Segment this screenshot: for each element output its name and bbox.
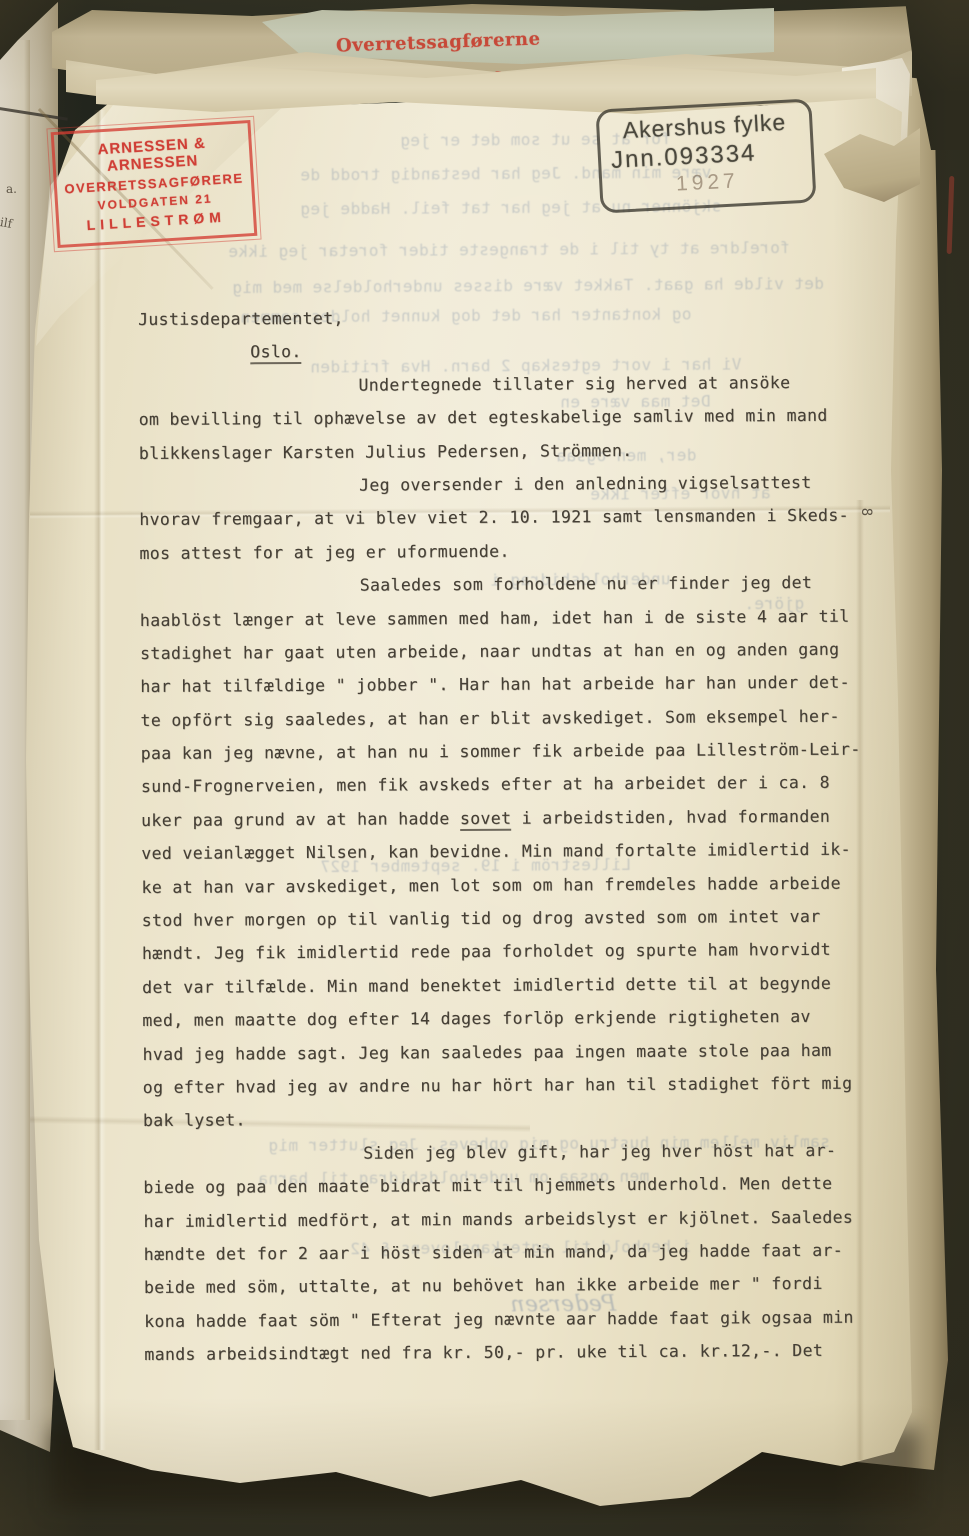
typed-line: ved veianlægget Nilsen, kan bevidne. Min… <box>141 840 887 878</box>
typed-segment: i arbeidstiden, hvad formanden <box>511 807 830 828</box>
typed-line: Jeg oversender i den anledning vigselsat… <box>139 472 885 510</box>
typed-line: det var tilfælde. Min mand benektet imid… <box>142 973 888 1011</box>
underlying-page-edge <box>0 40 30 1420</box>
typed-line: hændte det for 2 aar i höst siden at min… <box>144 1240 890 1278</box>
underlined-word-sovet: sovet <box>460 809 512 831</box>
typed-line: beide med söm, uttalte, at nu behövet ha… <box>144 1274 890 1312</box>
typed-line: blikkenslager Karsten Julius Pedersen, S… <box>139 439 885 477</box>
margin-text-fragment: a. <box>6 182 17 196</box>
typed-line: mos attest for at jeg er uformuende. <box>139 539 885 577</box>
margin-text-fragment: 8 <box>858 508 874 516</box>
typed-line: om bevilling til ophævelse av det egtesk… <box>139 406 885 444</box>
typed-line: Siden jeg blev gift, har jeg hver höst h… <box>143 1140 889 1178</box>
vertical-crease <box>94 110 106 1450</box>
typed-line-sovet: uker paa grund av at han hadde sovet i a… <box>141 806 887 844</box>
typed-line: paa kan jeg nævne, at han nu i sommer fi… <box>141 740 887 778</box>
typed-line: og efter hvad jeg av andre nu har hört h… <box>143 1073 889 1111</box>
typed-segment: uker paa grund av at han hadde <box>141 809 460 830</box>
bleed-through-text: foreldre at ty til i de trangeste tider … <box>228 238 790 261</box>
typed-line: kona hadde faat söm " Efterat jeg nævnte… <box>144 1307 890 1345</box>
typed-line: Saaledes som forholdene nu er finder jeg… <box>140 573 886 611</box>
typed-line: stadighet har gaat uten arbeide, naar un… <box>140 639 886 677</box>
typed-line: ke at han var avskediget, men lot som om… <box>141 873 887 911</box>
typed-line: hvad jeg hadde sagt. Jeg kan saaledes pa… <box>142 1040 888 1078</box>
typed-line: sund-Frognerveien, men fik avskeds efter… <box>141 773 887 811</box>
scanned-document-page: a. ilf Overretssagførerne Arnes 3 for at… <box>0 0 969 1536</box>
county-receipt-stamp: Akershus fylke Jnn.093334 1927 <box>595 98 816 213</box>
typed-line: har hat tilfældige " jobber ". Har han h… <box>140 673 886 711</box>
typed-line: med, men maatte dog efter 14 dages forlö… <box>142 1007 888 1045</box>
typed-line: stod hver morgen op til vanlig tid og dr… <box>142 906 888 944</box>
typed-line: bak lyset. <box>143 1107 889 1145</box>
red-ink-smudge <box>947 176 955 254</box>
law-firm-stamp: ARNESSEN & ARNESSEN OVERRETSSAGFØRERE VO… <box>51 120 258 248</box>
typed-line: hvorav fremgaar, at vi blev viet 2. 10. … <box>139 506 885 544</box>
letter-recipient: Justisdepartementet, <box>138 305 884 343</box>
typed-line: mands arbeidsindtægt ned fra kr. 50,- pr… <box>144 1341 890 1379</box>
typed-line: biede og paa den maate bidrat mit til hj… <box>143 1174 889 1212</box>
typed-line: har imidlertid medfört, at min mands arb… <box>144 1207 890 1245</box>
typed-line: hændt. Jeg fik imidlertid rede paa forho… <box>142 940 888 978</box>
typed-letter: Justisdepartementet, Oslo. Undertegnede … <box>138 305 891 1378</box>
typed-line: haablöst længer at leve sammen med ham, … <box>140 606 886 644</box>
letter-city-text: Oslo. <box>250 342 302 364</box>
law-firm-stamp-name: ARNESSEN & ARNESSEN <box>58 132 246 177</box>
typed-line: Undertegnede tillater sig herved at ansö… <box>138 372 884 410</box>
typed-line: te opfört sig saaledes, at han er blit a… <box>140 706 886 744</box>
letter-city: Oslo. <box>138 339 884 377</box>
